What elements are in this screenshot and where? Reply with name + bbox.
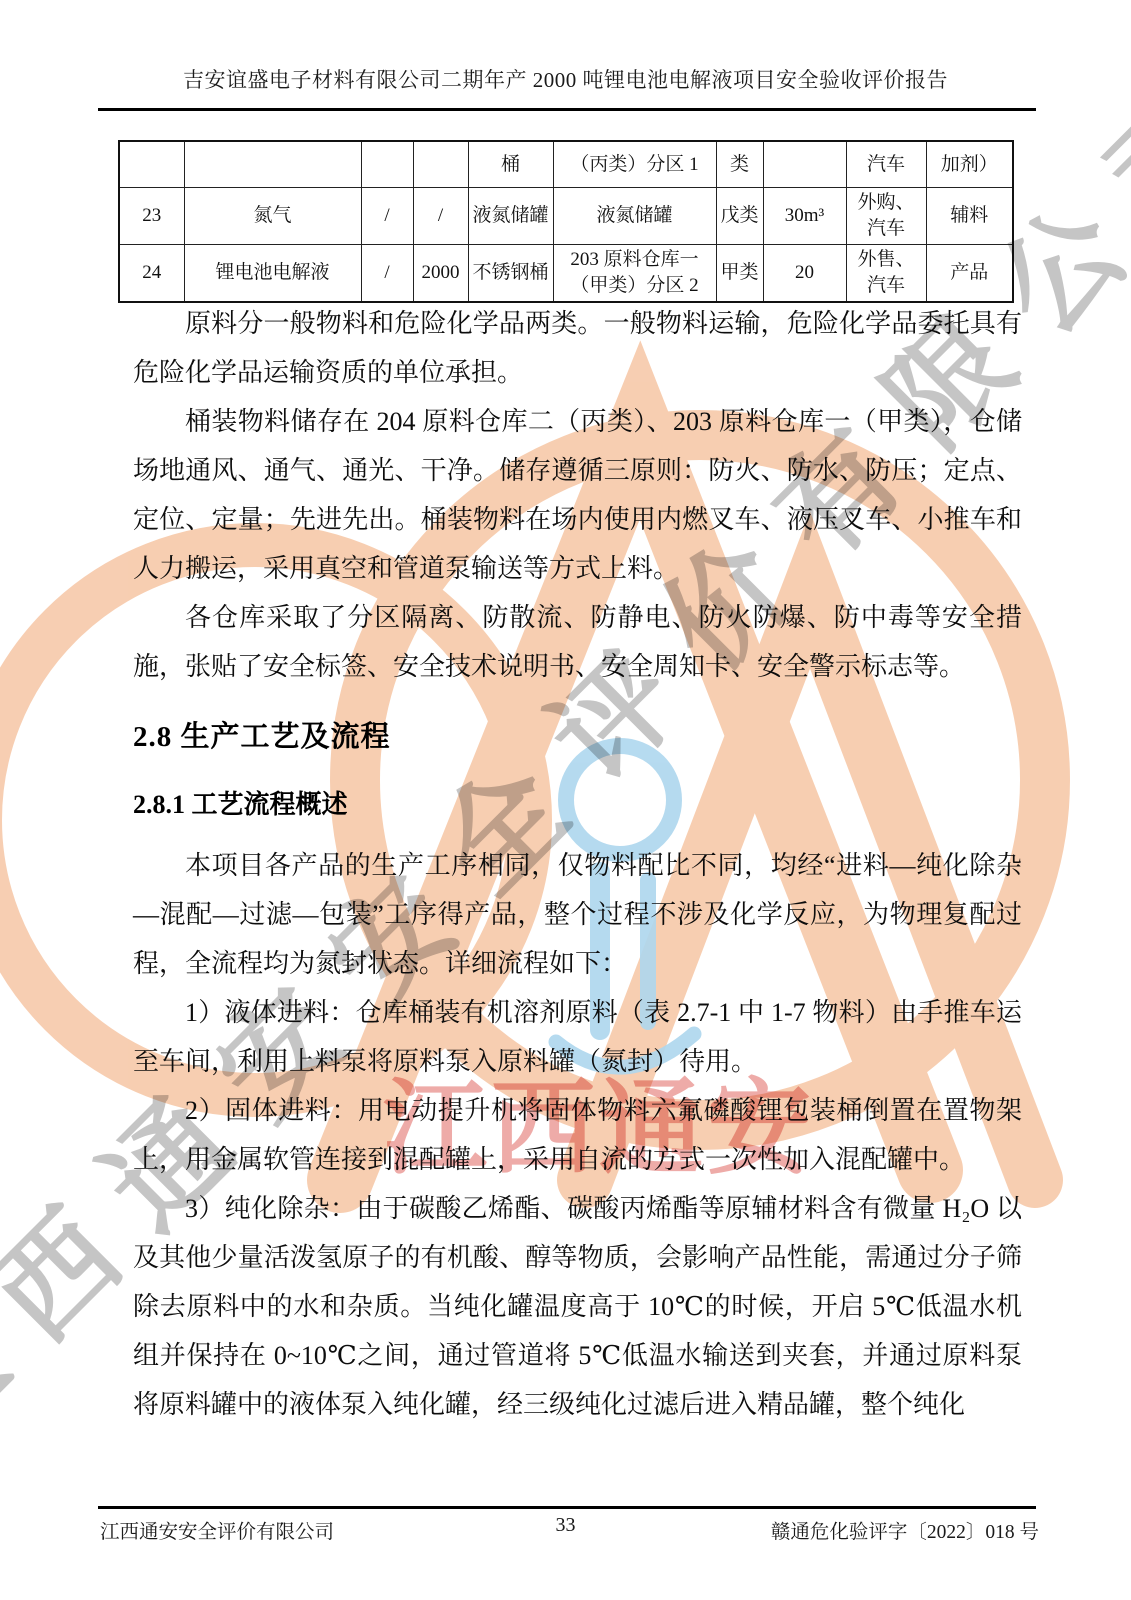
table-cell: 203 原料仓库一（甲类）分区 2 — [553, 245, 716, 303]
table-cell: 产品 — [926, 245, 1013, 303]
paragraph: 2）固体进料：用电动提升机将固体物料六氟磷酸锂包装桶倒置在置物架上，用金属软管连… — [133, 1086, 1022, 1184]
table-cell: 液氮储罐 — [468, 188, 553, 245]
paragraph: 桶装物料储存在 204 原料仓库二（丙类）、203 原料仓库一（甲类），仓储场地… — [133, 397, 1022, 593]
table-row: 桶 （丙类）分区 1 类 汽车 加剂） — [119, 141, 1013, 188]
table-cell: 汽车 — [846, 141, 926, 188]
table-cell: 甲类 — [716, 245, 763, 303]
table-cell: / — [361, 188, 413, 245]
table-cell: 23 — [119, 188, 184, 245]
table-cell — [413, 141, 468, 188]
table-cell: 30m³ — [763, 188, 846, 245]
table-cell — [361, 141, 413, 188]
table-cell — [763, 141, 846, 188]
table-cell: 氮气 — [184, 188, 361, 245]
section-heading: 2.8 生产工艺及流程 — [133, 715, 1022, 759]
table-cell: / — [361, 245, 413, 303]
table-cell — [119, 141, 184, 188]
paragraph: 3）纯化除杂：由于碳酸乙烯酯、碳酸丙烯酯等原辅材料含有微量 H₂O 以及其他少量… — [133, 1184, 1022, 1429]
page-header-title: 吉安谊盛电子材料有限公司二期年产 2000 吨锂电池电解液项目安全验收评价报告 — [0, 64, 1131, 94]
footer-rule — [98, 1506, 1036, 1509]
table-cell: 20 — [763, 245, 846, 303]
table-cell: 24 — [119, 245, 184, 303]
materials-table: 桶 （丙类）分区 1 类 汽车 加剂） 23 氮气 / / 液氮储罐 液氮储罐 … — [118, 140, 1014, 303]
table-cell: 类 — [716, 141, 763, 188]
header-rule — [98, 108, 1036, 111]
report-page: 江西通安安全评价有限公司 江西通安 吉安谊盛电子材料有限公司二期年产 2000 … — [0, 0, 1131, 1600]
table-row: 23 氮气 / / 液氮储罐 液氮储罐 戊类 30m³ 外购、汽车 辅料 — [119, 188, 1013, 245]
table-cell: 戊类 — [716, 188, 763, 245]
footer-doc-number: 赣通危化验评字〔2022〕018 号 — [771, 1516, 1039, 1544]
body-content: 原料分一般物料和危险化学品两类。一般物料运输，危险化学品委托具有危险化学品运输资… — [133, 299, 1022, 1429]
table-cell: 桶 — [468, 141, 553, 188]
paragraph: 本项目各产品的生产工序相同，仅物料配比不同，均经“进料—纯化除杂—混配—过滤—包… — [133, 841, 1022, 988]
paragraph: 各仓库采取了分区隔离、防散流、防静电、防火防爆、防中毒等安全措施，张贴了安全标签… — [133, 593, 1022, 691]
subsection-heading: 2.8.1 工艺流程概述 — [133, 785, 1022, 825]
table-cell: 2000 — [413, 245, 468, 303]
table-cell: 加剂） — [926, 141, 1013, 188]
table-cell: 液氮储罐 — [553, 188, 716, 245]
table-cell: 锂电池电解液 — [184, 245, 361, 303]
paragraph: 原料分一般物料和危险化学品两类。一般物料运输，危险化学品委托具有危险化学品运输资… — [133, 299, 1022, 397]
table-cell — [184, 141, 361, 188]
table-cell: 外购、汽车 — [846, 188, 926, 245]
table-cell: 外售、汽车 — [846, 245, 926, 303]
paragraph: 1）液体进料：仓库桶装有机溶剂原料（表 2.7-1 中 1-7 物料）由手推车运… — [133, 988, 1022, 1086]
table-row: 24 锂电池电解液 / 2000 不锈钢桶 203 原料仓库一（甲类）分区 2 … — [119, 245, 1013, 303]
table-cell: 辅料 — [926, 188, 1013, 245]
table-cell: / — [413, 188, 468, 245]
table-cell: （丙类）分区 1 — [553, 141, 716, 188]
table-cell: 不锈钢桶 — [468, 245, 553, 303]
